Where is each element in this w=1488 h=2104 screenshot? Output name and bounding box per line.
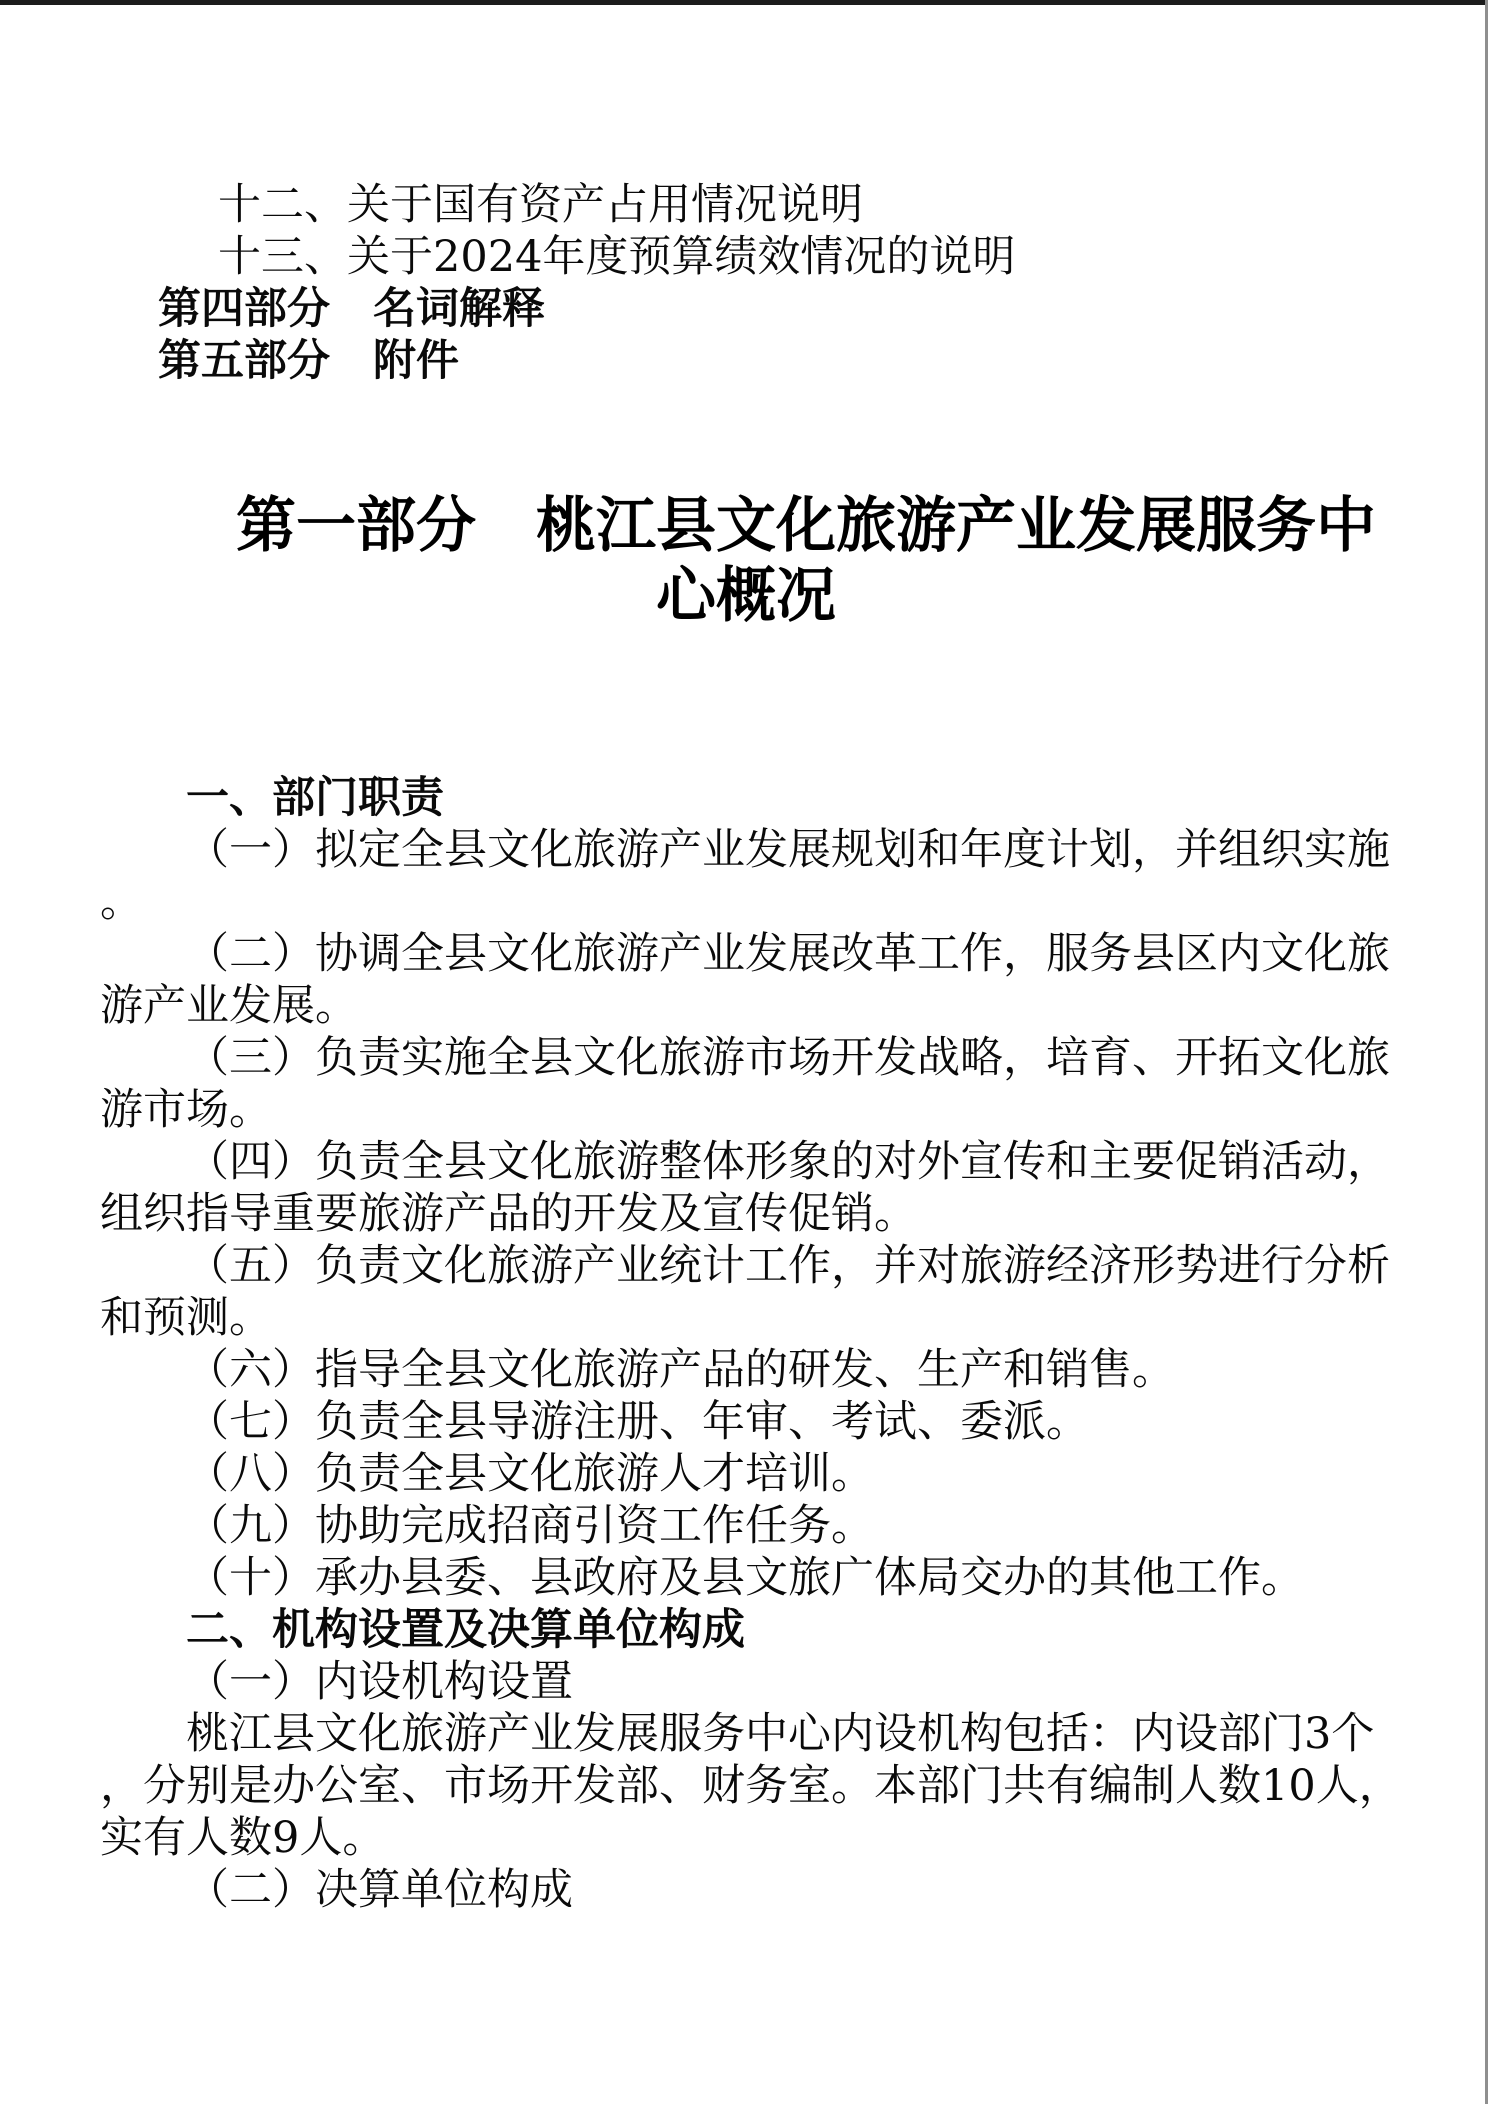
toc-item: 十二、关于国有资产占用情况说明	[100, 179, 1392, 231]
paragraph-line: 实有人数9人。	[100, 1812, 1392, 1864]
page-title-line-2: 心概况	[656, 561, 836, 631]
page-title-line-1: 第一部分 桃江县文化旅游产业发展服务中	[236, 491, 1376, 561]
table-of-contents: 十二、关于国有资产占用情况说明 十三、关于2024年度预算绩效情况的说明 第四部…	[100, 179, 1392, 387]
paragraph-line: 桃江县文化旅游产业发展服务中心内设机构包括：内设部门3个	[100, 1708, 1392, 1760]
section-heading-organization: 二、机构设置及决算单位构成	[100, 1604, 1392, 1656]
paragraph-line: （七）负责全县导游注册、年审、考试、委派。	[100, 1396, 1392, 1448]
paragraph-line: （四）负责全县文化旅游整体形象的对外宣传和主要促销活动，	[100, 1136, 1392, 1188]
page-title: 第一部分 桃江县文化旅游产业发展服务中心概况	[100, 491, 1392, 631]
page-content: 十二、关于国有资产占用情况说明 十三、关于2024年度预算绩效情况的说明 第四部…	[100, 5, 1392, 1916]
paragraph-line: 游产业发展。	[100, 980, 1392, 1032]
paragraph-line: （六）指导全县文化旅游产品的研发、生产和销售。	[100, 1344, 1392, 1396]
paragraph-line: （一）拟定全县文化旅游产业发展规划和年度计划，并组织实施	[100, 824, 1392, 876]
toc-item: 十三、关于2024年度预算绩效情况的说明	[100, 231, 1392, 283]
part-heading-5: 第五部分 附件	[100, 335, 1392, 387]
paragraph-line: （十）承办县委、县政府及县文旅广体局交办的其他工作。	[100, 1552, 1392, 1604]
document-page: 十二、关于国有资产占用情况说明 十三、关于2024年度预算绩效情况的说明 第四部…	[0, 0, 1488, 2104]
paragraph-line: 游市场。	[100, 1084, 1392, 1136]
paragraph-line: （二）决算单位构成	[100, 1864, 1392, 1916]
paragraph-line: （一）内设机构设置	[100, 1656, 1392, 1708]
paragraph-line: （八）负责全县文化旅游人才培训。	[100, 1448, 1392, 1500]
paragraph-line: ，分别是办公室、市场开发部、财务室。本部门共有编制人数10人，	[100, 1760, 1392, 1812]
paragraph-line: （二）协调全县文化旅游产业发展改革工作，服务县区内文化旅	[100, 928, 1392, 980]
paragraph-line: （五）负责文化旅游产业统计工作，并对旅游经济形势进行分析	[100, 1240, 1392, 1292]
paragraph-line: （三）负责实施全县文化旅游市场开发战略，培育、开拓文化旅	[100, 1032, 1392, 1084]
paragraph-line: 组织指导重要旅游产品的开发及宣传促销。	[100, 1188, 1392, 1240]
section-heading-duties: 一、部门职责	[100, 772, 1392, 824]
paragraph-line: 和预测。	[100, 1292, 1392, 1344]
paragraph-line: （九）协助完成招商引资工作任务。	[100, 1500, 1392, 1552]
part-heading-4: 第四部分 名词解释	[100, 283, 1392, 335]
paragraph-line: 。	[100, 876, 1392, 928]
body-text: 一、部门职责 （一）拟定全县文化旅游产业发展规划和年度计划，并组织实施 。 （二…	[100, 772, 1392, 1916]
